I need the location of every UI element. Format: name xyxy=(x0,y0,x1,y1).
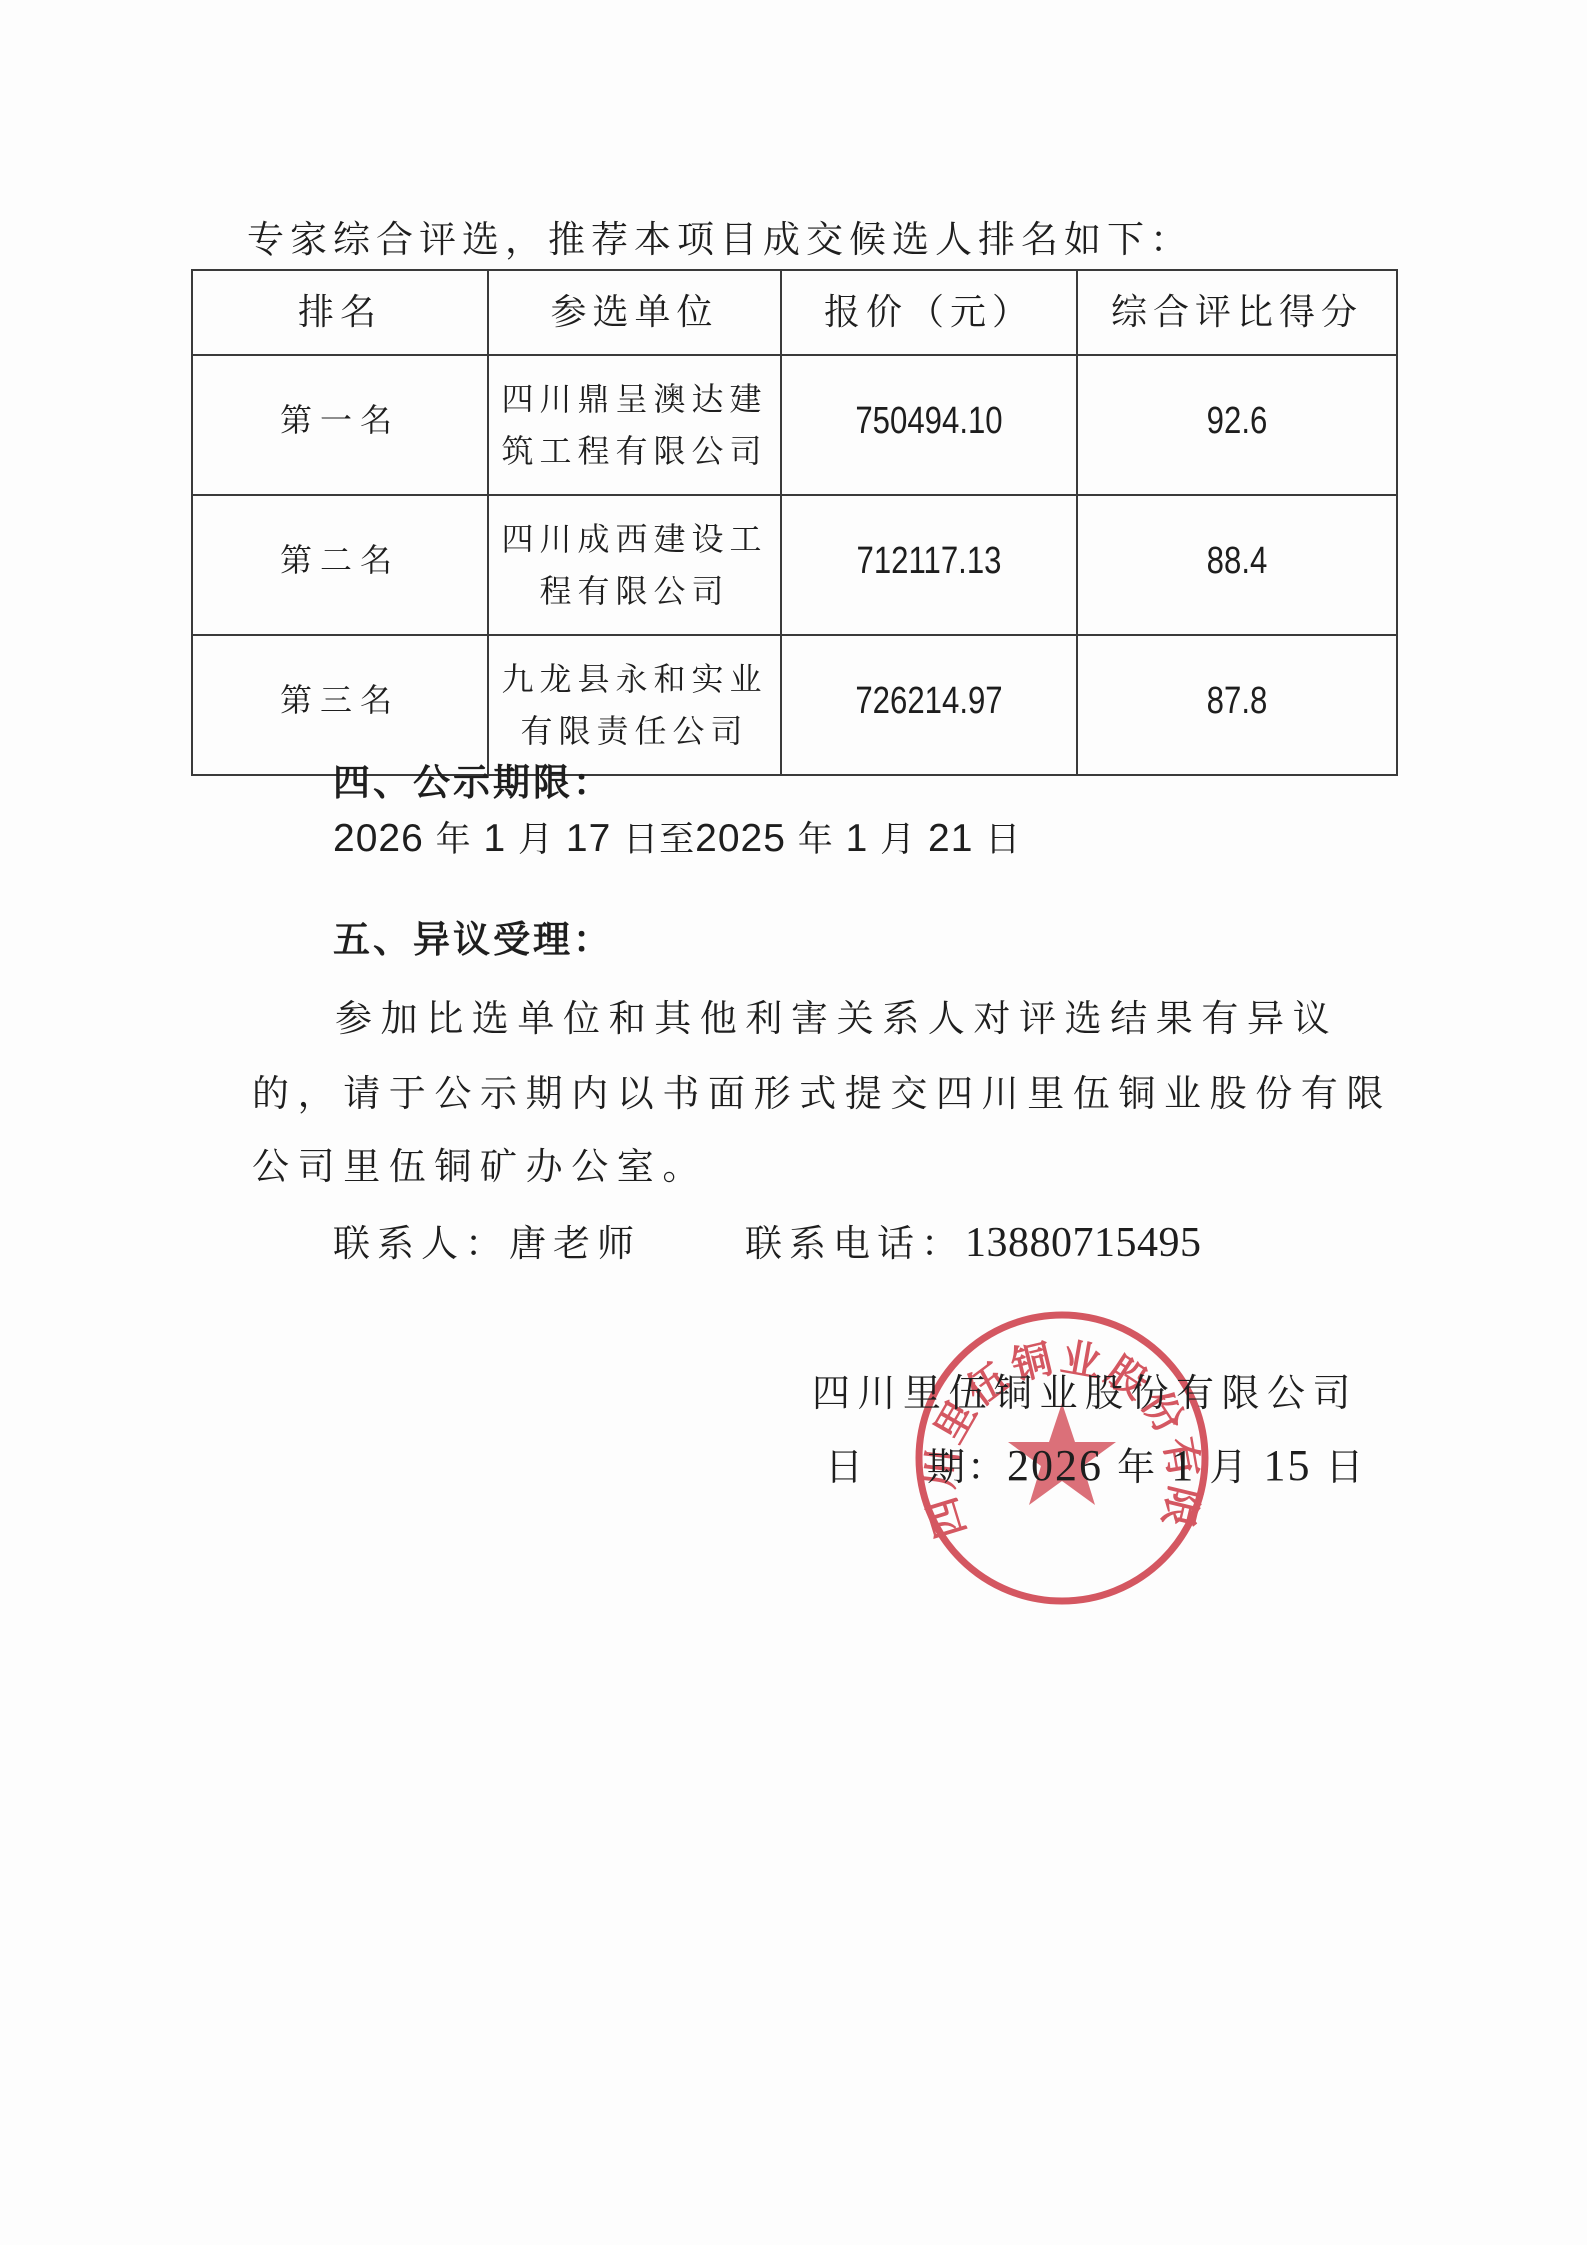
year-char: 年 xyxy=(798,820,834,860)
unit-line: 有限责任公司 xyxy=(489,705,780,757)
date-label: 期： xyxy=(927,1445,1007,1489)
header-price: 报价（元） xyxy=(781,270,1077,355)
unit-cell: 四川成西建设工 程有限公司 xyxy=(488,495,781,635)
unit-line: 程有限公司 xyxy=(489,565,780,617)
table-row: 第二名 四川成西建设工 程有限公司 712117.13 88.4 xyxy=(192,495,1397,635)
date-year: 2026 xyxy=(1007,1441,1103,1490)
publicity-period-text: 2026 年 1 月 17 日至2025 年 1 月 21 日 xyxy=(333,812,1021,862)
month-char: 月 xyxy=(1209,1445,1249,1489)
table-header-row: 排名 参选单位 报价（元） 综合评比得分 xyxy=(192,270,1397,355)
score-cell: 92.6 xyxy=(1106,355,1368,495)
date-day: 15 xyxy=(1263,1441,1311,1490)
contact-phone: 联系电话：13880715495 xyxy=(745,1213,1202,1267)
day-char: 日 xyxy=(1326,1445,1366,1489)
price-cell: 726214.97 xyxy=(808,635,1051,775)
unit-cell: 四川鼎呈澳达建 筑工程有限公司 xyxy=(488,355,781,495)
date-month: 1 xyxy=(1171,1441,1195,1490)
contact-phone-number: 13880715495 xyxy=(965,1220,1202,1266)
rank-cell: 第二名 xyxy=(192,495,488,635)
objection-paragraph-line: 的，请于公示期内以书面形式提交四川里伍铜业股份有限 xyxy=(252,1063,1392,1117)
candidate-ranking-table: 排名 参选单位 报价（元） 综合评比得分 第一名 四川鼎呈澳达建 筑工程有限公司… xyxy=(191,269,1398,776)
end-year: 2025 xyxy=(695,817,786,860)
contact-person: 联系人：唐老师 xyxy=(333,1213,641,1267)
price-cell: 750494.10 xyxy=(808,355,1051,495)
rank-cell: 第一名 xyxy=(192,355,488,495)
signature-company: 四川里伍铜业股份有限公司 xyxy=(812,1362,1358,1417)
contact-person-name: 唐老师 xyxy=(509,1222,641,1265)
section-heading-objection: 五、异议受理： xyxy=(333,909,613,963)
date-label: 日 xyxy=(825,1445,865,1489)
end-month: 1 xyxy=(846,817,869,860)
header-score: 综合评比得分 xyxy=(1077,270,1397,355)
month-char: 月 xyxy=(518,820,554,860)
year-char: 年 xyxy=(1117,1445,1157,1489)
price-cell: 712117.13 xyxy=(808,495,1051,635)
end-day: 21 xyxy=(928,817,973,860)
unit-line: 九龙县永和实业 xyxy=(489,653,780,705)
score-cell: 87.8 xyxy=(1106,635,1368,775)
month-char: 月 xyxy=(880,820,916,860)
score-cell: 88.4 xyxy=(1106,495,1368,635)
objection-paragraph-line: 参加比选单位和其他利害关系人对评选结果有异议 xyxy=(335,988,1338,1042)
year-char: 年 xyxy=(436,820,472,860)
intro-text: 专家综合评选，推荐本项目成交候选人排名如下： xyxy=(247,214,1193,266)
start-year: 2026 xyxy=(333,817,424,860)
objection-paragraph-line: 公司里伍铜矿办公室。 xyxy=(252,1136,708,1190)
signature-date: 日期：2026 年 1 月 15 日 xyxy=(825,1436,1366,1491)
unit-line: 四川成西建设工 xyxy=(489,513,780,565)
start-day: 17 xyxy=(566,817,611,860)
contact-person-label: 联系人： xyxy=(333,1222,509,1265)
to-char: 日至 xyxy=(623,820,695,860)
document-page: 专家综合评选，推荐本项目成交候选人排名如下： 排名 参选单位 报价（元） 综合评… xyxy=(0,0,1587,2245)
header-rank: 排名 xyxy=(192,270,488,355)
start-month: 1 xyxy=(483,817,506,860)
header-unit: 参选单位 xyxy=(488,270,781,355)
section-heading-publicity-period: 四、公示期限： xyxy=(333,752,613,806)
unit-line: 四川鼎呈澳达建 xyxy=(489,373,780,425)
unit-line: 筑工程有限公司 xyxy=(489,425,780,477)
table-row: 第一名 四川鼎呈澳达建 筑工程有限公司 750494.10 92.6 xyxy=(192,355,1397,495)
contact-phone-label: 联系电话： xyxy=(745,1222,965,1265)
day-char: 日 xyxy=(985,820,1021,860)
